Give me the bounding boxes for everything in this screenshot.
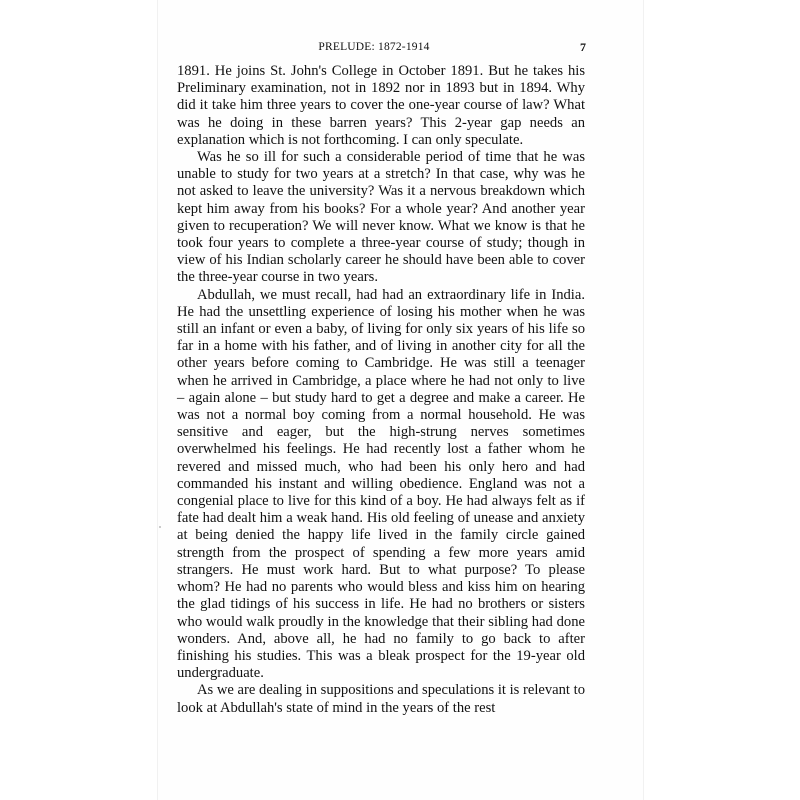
paragraph-3: Abdullah, we must recall, had had an ext… xyxy=(177,287,585,683)
page-number: 7 xyxy=(580,38,586,56)
paragraph-4: As we are dealing in suppositions and sp… xyxy=(177,682,585,716)
body-text: 1891. He joins St. John's College in Oct… xyxy=(177,63,585,717)
paragraph-2: Was he so ill for such a considerable pe… xyxy=(177,149,585,287)
paragraph-1: 1891. He joins St. John's College in Oct… xyxy=(177,63,585,149)
running-head: PRELUDE: 1872-1914 7 xyxy=(178,38,586,56)
scan-speck xyxy=(159,526,161,528)
running-title: PRELUDE: 1872-1914 xyxy=(178,38,586,56)
